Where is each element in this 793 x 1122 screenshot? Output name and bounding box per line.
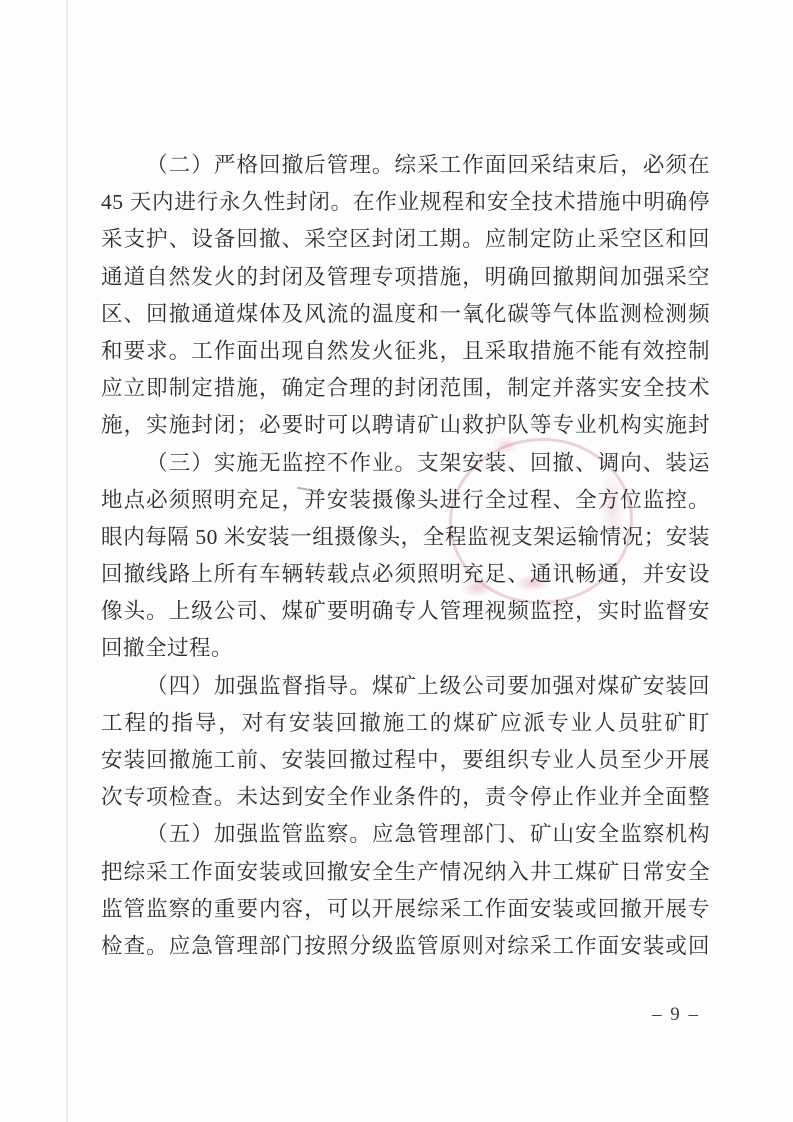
paragraph: （三）实施无监控不作业。支架安装、回撤、调向、装运等地点必须照明充足，并安装摄像… [101, 445, 710, 668]
text-line: 通道自然发火的封闭及管理专项措施，明确回撤期间加强采空 [101, 259, 710, 296]
text-line: 把综采工作面安装或回撤安全生产情况纳入井工煤矿日常安全 [101, 854, 710, 891]
text-line: 采支护、设备回撤、采空区封闭工期。应制定防止采空区和回撤 [101, 221, 710, 258]
text-line: （四）加强监督指导。煤矿上级公司要加强对煤矿安装回撤 [101, 668, 710, 705]
text-line: 和要求。工作面出现自然发火征兆，且采取措施不能有效控制时， [101, 333, 710, 370]
text-line: 像头。上级公司、煤矿要明确专人管理视频监控，实时监督安装 [101, 593, 710, 630]
text-line: 回撤线路上所有车辆转载点必须照明充足、通讯畅通，并安设摄 [101, 556, 710, 593]
scan-fold-artifact [66, 0, 68, 1122]
text-line: 监管监察的重要内容，可以开展综采工作面安装或回撤开展专项 [101, 891, 710, 928]
text-line: 检查。应急管理部门按照分级监管原则对综采工作面安装或回撤 [101, 928, 710, 965]
text-line: 地点必须照明充足，并安装摄像头进行全过程、全方位监控。切 [101, 482, 710, 519]
document-body: （二）严格回撤后管理。综采工作面回采结束后，必须在45 天内进行永久性封闭。在作… [101, 147, 710, 965]
text-line: 区、回撤通道煤体及风流的温度和一氧化碳等气体监测检测频次 [101, 296, 710, 333]
paragraph: （四）加强监督指导。煤矿上级公司要加强对煤矿安装回撤工程的指导，对有安装回撤施工… [101, 668, 710, 817]
text-line: 施，实施封闭；必要时可以聘请矿山救护队等专业机构实施封闭。 [101, 407, 710, 444]
text-line: 45 天内进行永久性封闭。在作业规程和安全技术措施中明确停 [101, 184, 710, 221]
text-line: 次专项检查。未达到安全作业条件的，责令停止作业并全面整改。 [101, 779, 710, 816]
text-line: 应立即制定措施，确定合理的封闭范围，制定并落实安全技术措 [101, 370, 710, 407]
text-line: 安装回撤施工前、安装回撤过程中，要组织专业人员至少开展一 [101, 742, 710, 779]
text-line: 眼内每隔 50 米安装一组摄像头，全程监视支架运输情况；安装 [101, 519, 710, 556]
text-line: （三）实施无监控不作业。支架安装、回撤、调向、装运等 [101, 445, 710, 482]
page-number: – 9 – [626, 1004, 726, 1026]
paragraph: （五）加强监管监察。应急管理部门、矿山安全监察机构要把综采工作面安装或回撤安全生… [101, 816, 710, 965]
paragraph: （二）严格回撤后管理。综采工作面回采结束后，必须在45 天内进行永久性封闭。在作… [101, 147, 710, 445]
document-page: （二）严格回撤后管理。综采工作面回采结束后，必须在45 天内进行永久性封闭。在作… [0, 0, 793, 1122]
text-line: 回撤全过程。 [101, 630, 710, 667]
text-line: 工程的指导，对有安装回撤施工的煤矿应派专业人员驻矿盯守； [101, 705, 710, 742]
text-line: （二）严格回撤后管理。综采工作面回采结束后，必须在 [101, 147, 710, 184]
text-line: （五）加强监管监察。应急管理部门、矿山安全监察机构要 [101, 816, 710, 853]
